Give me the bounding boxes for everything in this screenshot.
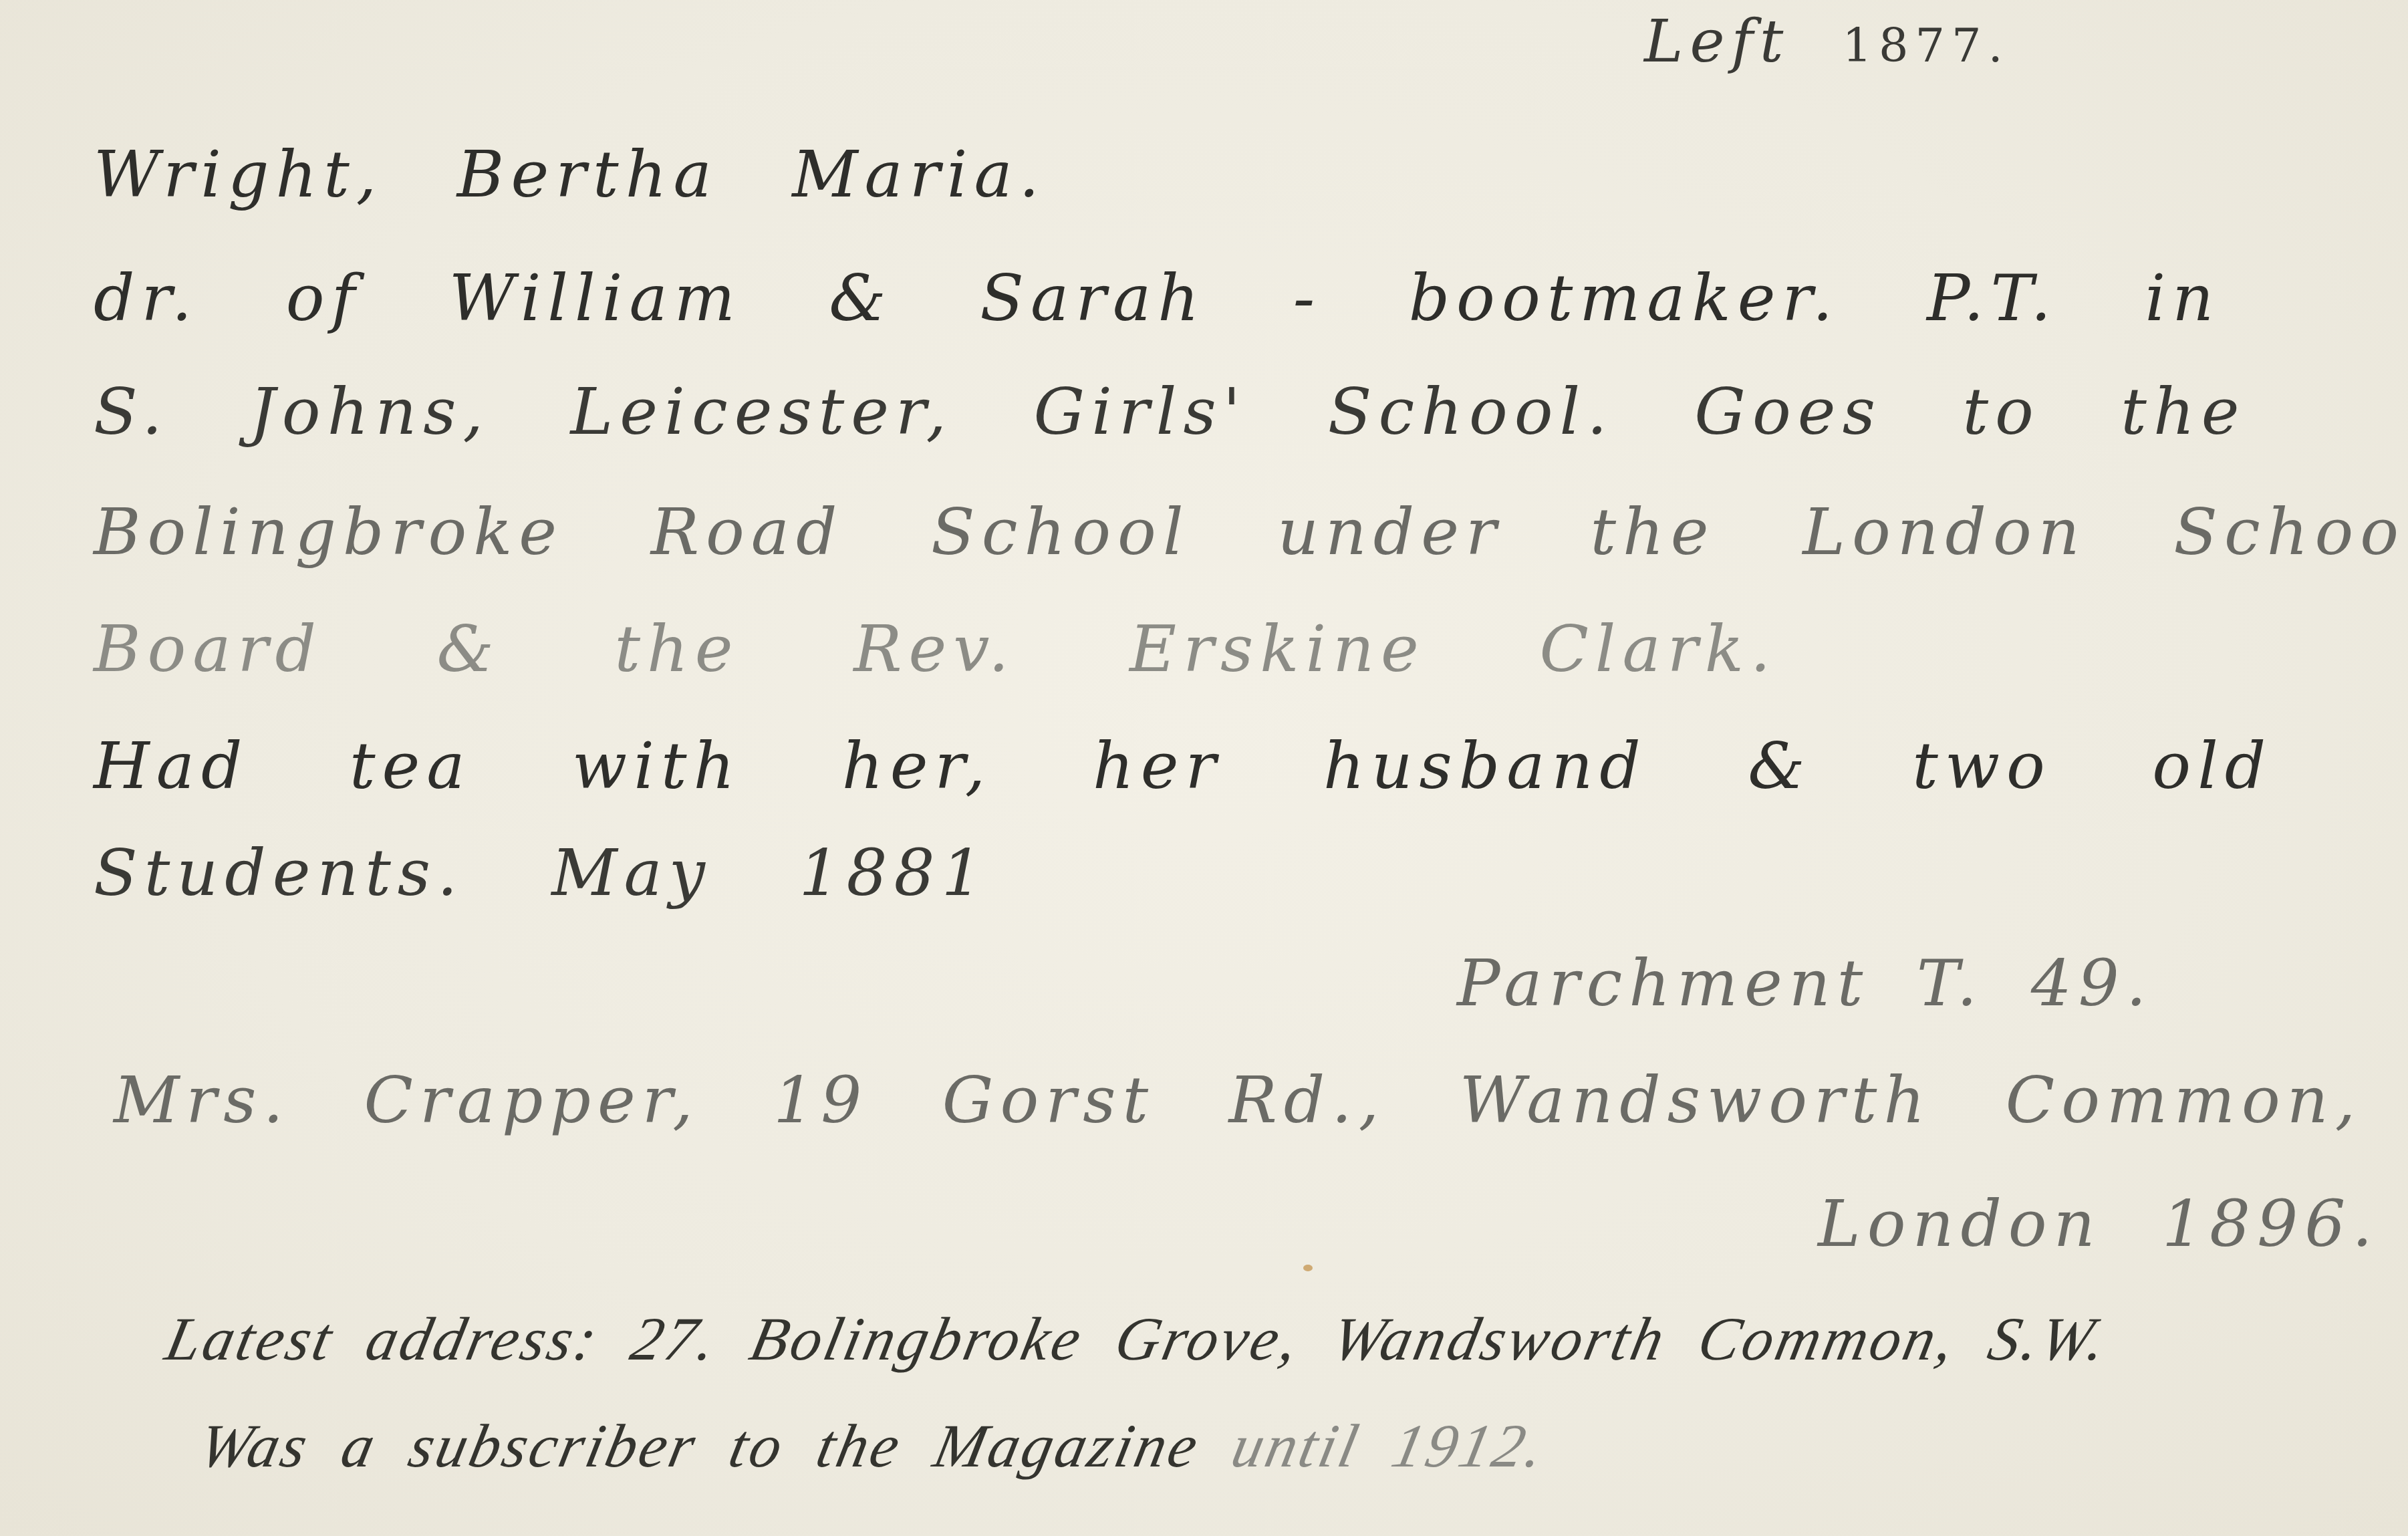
address-1896-line-2: London 1896.: [1818, 1186, 2379, 1261]
parchment-note: Parchment T. 49.: [1457, 946, 2153, 1021]
subscriber-note-until: until 1912.: [1226, 1412, 1552, 1480]
entry-line-2: S. Johns, Leicester, Girls' School. Goes…: [94, 374, 2246, 449]
subscriber-note-main: Was a subscriber to the Magazine: [193, 1412, 1206, 1480]
left-year: 1877.: [1842, 18, 2009, 73]
entry-line-6: Students. May 1881: [94, 836, 989, 910]
left-label: Left: [1644, 7, 1790, 76]
latest-address-note: Latest address: 27. Bolingbroke Grove, W…: [160, 1303, 2115, 1374]
entry-line-3: Bolingbroke Road School under the London…: [94, 495, 2408, 569]
ink-stain-mark: [1303, 1265, 1313, 1271]
entry-line-4: Board & the Rev. Erskine Clark.: [94, 612, 1777, 686]
entry-line-1: dr. of William & Sarah - bootmaker. P.T.…: [94, 261, 2220, 336]
subscriber-note: Was a subscriber to the Magazine until 1…: [193, 1410, 1553, 1481]
address-1896-line-1: Mrs. Crapper, 19 Gorst Rd., Wandsworth C…: [114, 1063, 2362, 1138]
entry-line-5: Had tea with her, her husband & two old: [94, 729, 2272, 803]
left-note: Left 1877.: [1644, 7, 2010, 76]
handwritten-register-page: Left 1877. Wright, Bertha Maria. dr. of …: [0, 0, 2408, 1536]
entry-name: Wright, Bertha Maria.: [94, 137, 1046, 212]
